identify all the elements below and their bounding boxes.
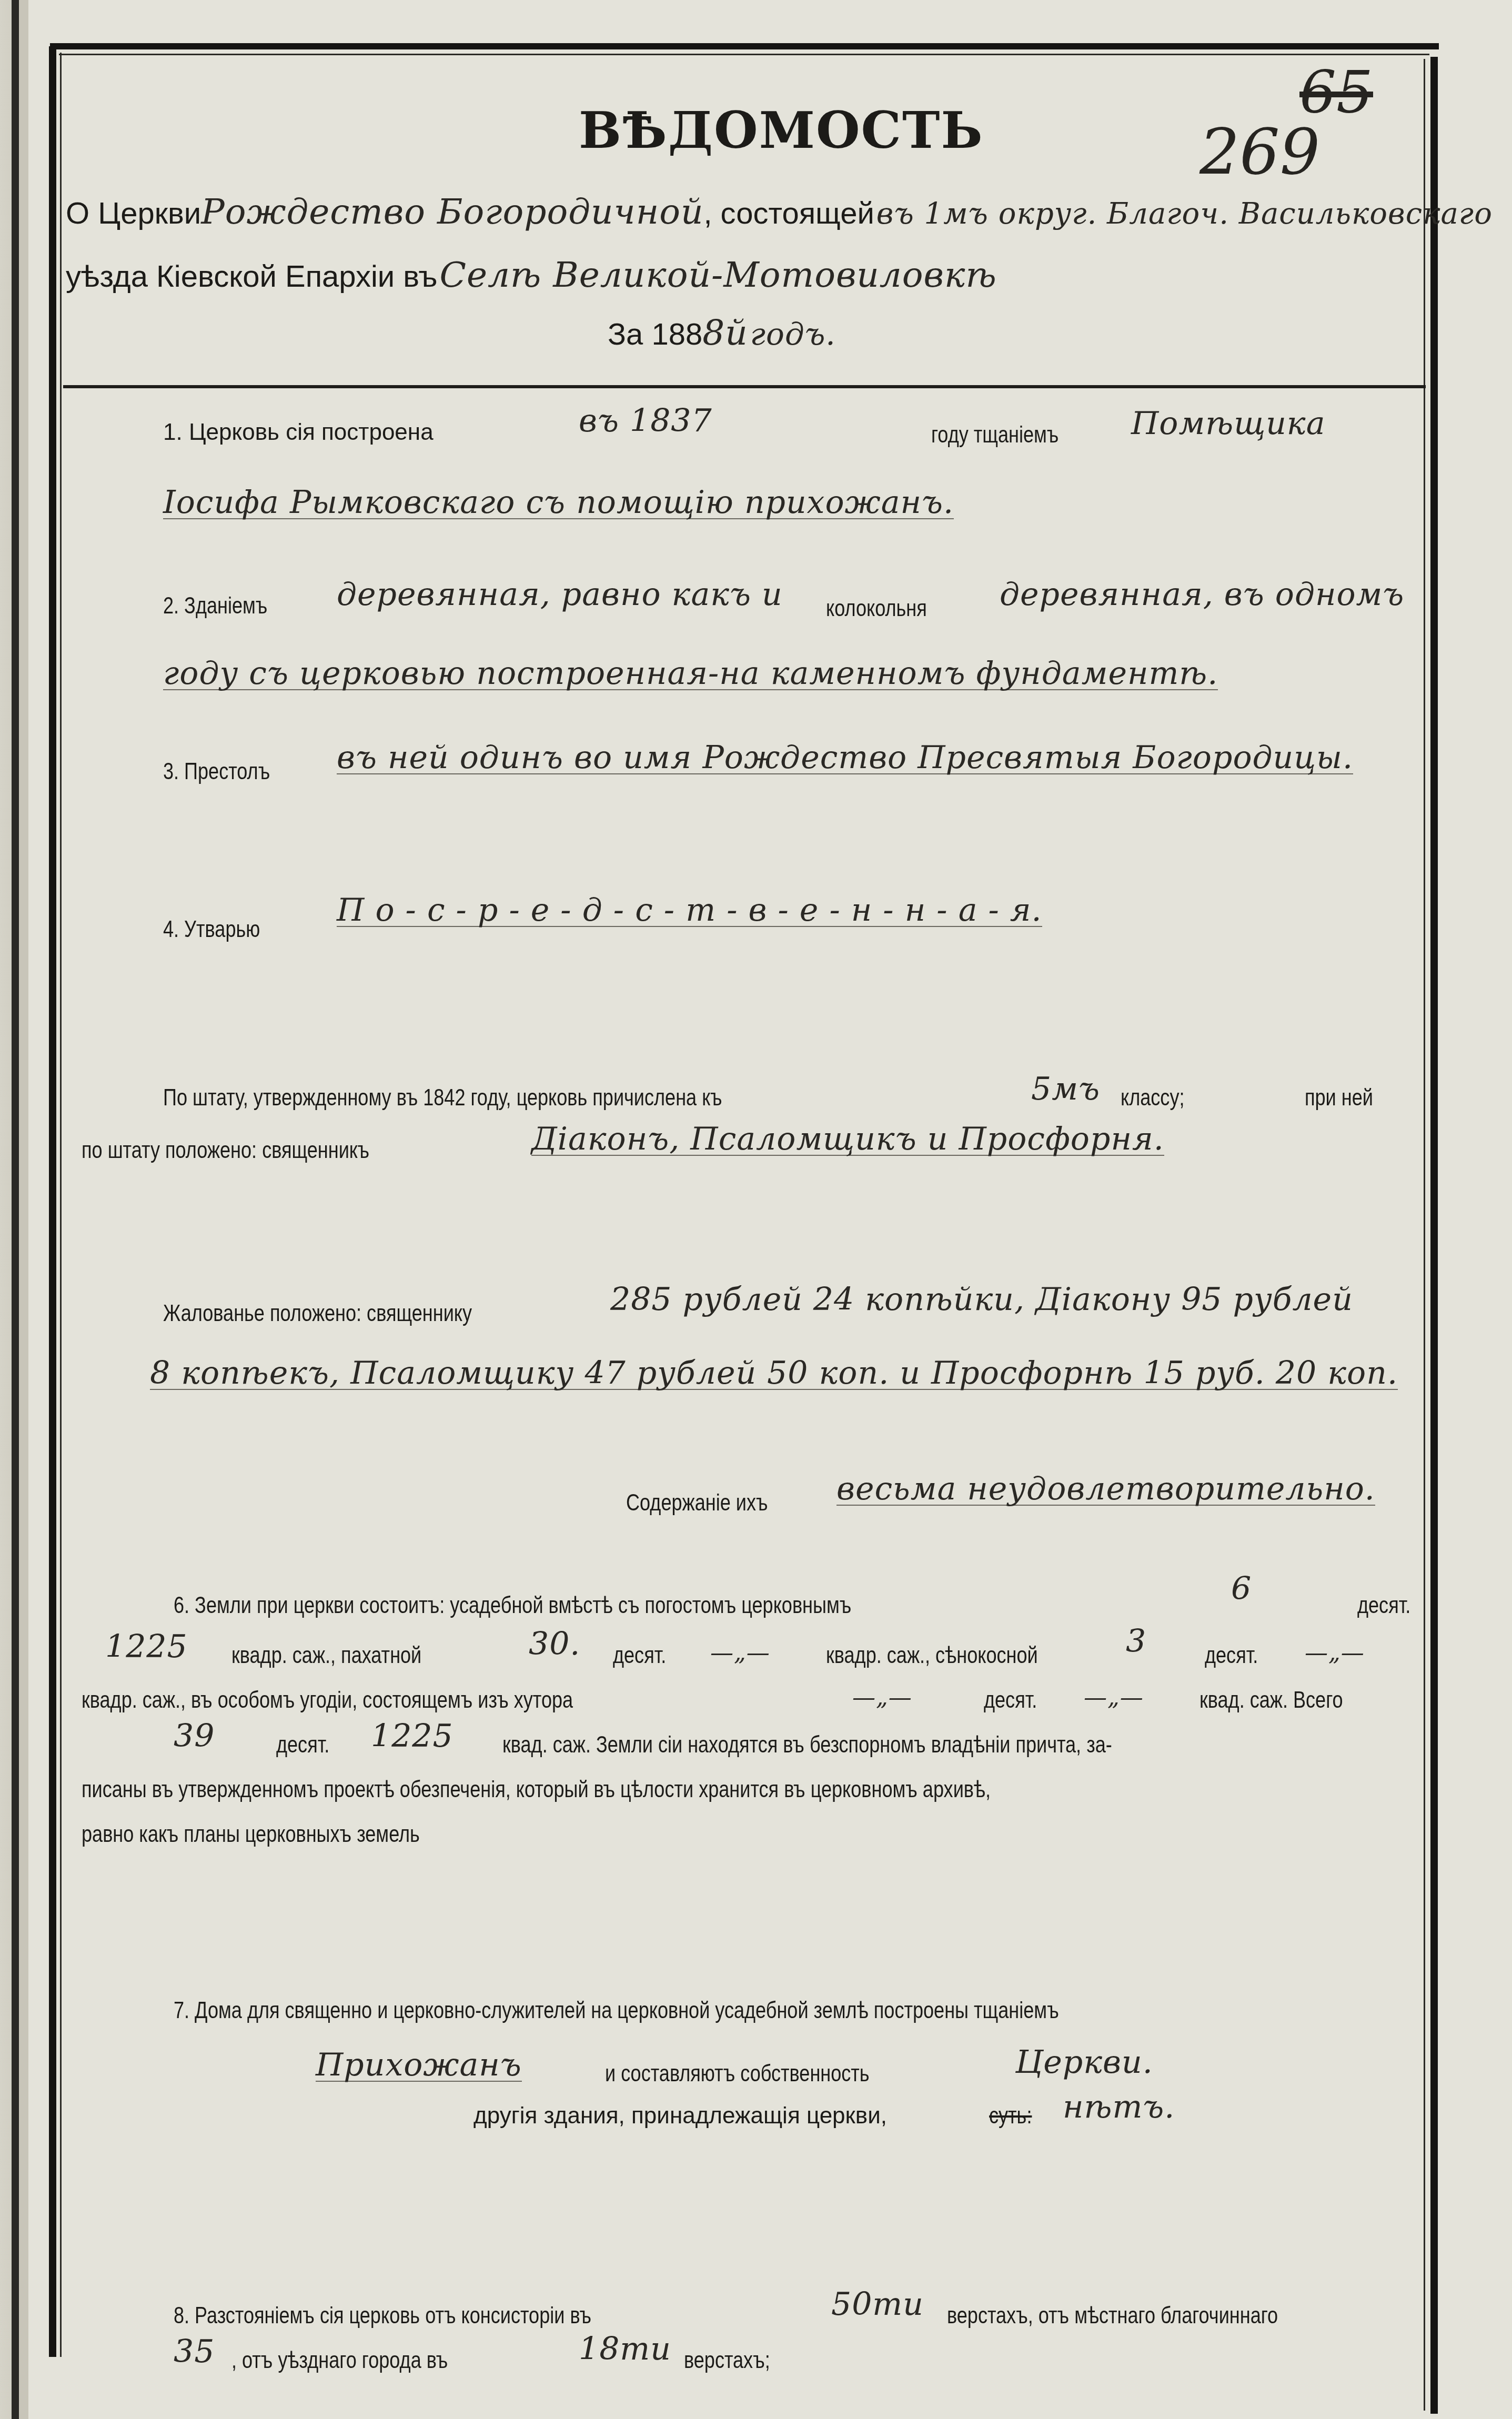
altar-value: въ ней одинъ во имя Рождество Пресвятыя … — [337, 742, 1353, 774]
salary-line2: 8 копѣекъ, Псаломщику 47 рублей 50 коп. … — [150, 1357, 1398, 1390]
church-class: 5мъ — [1031, 1073, 1100, 1105]
frame-border-right-thin — [1424, 59, 1425, 2411]
section-8-label: 8. Разстояніемъ сія церковь отъ консисто… — [174, 2304, 591, 2327]
building-details: году съ церковью построенная-на каменном… — [163, 658, 1218, 690]
staff-members: Діаконъ, Псаломщикъ и Просфорня. — [531, 1123, 1164, 1156]
church-name: Рождество Богородичной — [201, 191, 703, 232]
distance-dean: 35 — [174, 2336, 215, 2367]
total-sq-sazhens: 1225 — [371, 1720, 453, 1752]
houses-owner: Церкви. — [1015, 2047, 1153, 2078]
section-6-des-unit: десят. — [1357, 1594, 1410, 1617]
church-location: въ 1мъ округ. Благоч. Васильковскаго — [876, 197, 1493, 231]
header-year-prefix: За 188 — [608, 317, 702, 351]
section-6-line3-c: квад. саж. Всего — [1199, 1689, 1343, 1712]
building-material: деревянная, равно какъ и — [337, 579, 783, 610]
salary-label: Жалованье положено: священнику — [163, 1302, 472, 1325]
section-7-label: 7. Дома для священно и церковно-служител… — [174, 1999, 1059, 2022]
archive-number: 269 — [1199, 121, 1320, 184]
section-1-mid: году тщаніемъ — [931, 424, 1059, 447]
other-buildings-label: другія здания, принадлежащія церкви, — [473, 2103, 887, 2129]
upkeep-label: Содержаніе ихъ — [626, 1491, 768, 1515]
arable-sq-blank: —„— — [710, 1641, 770, 1665]
section-6-line5: писаны въ утвержденномъ проектѣ обезпече… — [82, 1778, 991, 1801]
farmstead-des-blank: —„— — [852, 1686, 912, 1709]
salary-line1: 285 рублей 24 копѣйки, Діакону 95 рублей — [610, 1284, 1353, 1315]
bell-tower-material: деревянная, въ одномъ — [1000, 579, 1404, 610]
utensils-value: П о - с - р - е - д - с - т - в - е - н … — [337, 894, 1042, 927]
section-6-line2-d: десят. — [1205, 1644, 1258, 1667]
upkeep-value: весьма неудовлетворительно. — [836, 1473, 1375, 1506]
church-builder-title: Помѣщика — [1131, 408, 1325, 439]
section-6-line4-b: квад. саж. Земли сіи находятся въ безспо… — [502, 1733, 1112, 1757]
header-year-label: годъ. — [750, 316, 836, 352]
section-1-line1: 1. Церковь сія построена — [163, 421, 434, 444]
section-6-line3-b: десят. — [984, 1689, 1037, 1712]
distance-consistory: 50ти — [831, 2289, 924, 2320]
section-8-mid2: , отъ уѣзднаго города въ — [231, 2349, 448, 2372]
staff-line1-suffix: при ней — [1305, 1086, 1373, 1110]
header-district-prefix: уѣзда Кіевской Епархіи въ — [66, 259, 437, 294]
staff-line2-prefix: по штату положено: священникъ — [82, 1139, 369, 1162]
section-7-mid: и составляютъ собственность — [605, 2062, 870, 2085]
archive-number-crossed: 65 — [1299, 63, 1373, 121]
section-6-line3-a: квадр. саж., въ особомъ угодіи, состояще… — [82, 1689, 573, 1712]
header-line-district: уѣзда Кіевской Епархіи въ Селѣ Великой-М… — [66, 258, 997, 293]
section-6-line2-c: квадр. саж., сѣнокосной — [826, 1644, 1038, 1667]
section-8-mid: верстахъ, отъ мѣстнаго благочиннаго — [947, 2304, 1278, 2327]
header-church-prefix: О Церкви — [66, 196, 201, 230]
staff-line1-mid: классу; — [1121, 1086, 1184, 1110]
houses-builders: Прихожанъ — [316, 2049, 522, 2082]
header-divider — [63, 385, 1426, 388]
frame-border-left-thin — [60, 53, 62, 2357]
church-builder-name: Іосифа Рымковскаго съ помощію прихожанъ. — [163, 487, 954, 519]
section-6-line2-a: квадр. саж., пахатной — [231, 1644, 421, 1667]
frame-border-top — [50, 43, 1439, 49]
distance-town: 18ти — [579, 2333, 671, 2365]
page-title: ВѢДОМОСТЬ — [579, 105, 984, 156]
section-6-line4-a: десят. — [276, 1733, 329, 1757]
other-buildings-value: нѣтъ. — [1063, 2091, 1175, 2123]
village-name: Селѣ Великой-Мотовиловкѣ — [439, 255, 996, 295]
estate-desyatins: 6 — [1231, 1573, 1252, 1605]
bell-tower-label: колокольня — [826, 597, 927, 620]
header-church-mid: , состоящей — [703, 196, 874, 230]
header-year-suffix: 8й — [702, 313, 748, 353]
section-6-line2-b: десят. — [613, 1644, 666, 1667]
farmstead-sq-blank: —„— — [1084, 1686, 1144, 1709]
frame-border-left — [49, 46, 56, 2357]
frame-border-right — [1430, 57, 1438, 2414]
section-2-label: 2. Зданіемъ — [163, 594, 267, 618]
section-8-suffix: верстахъ; — [684, 2349, 770, 2372]
church-build-year: въ 1837 — [579, 405, 712, 437]
frame-border-top-thin — [59, 54, 1429, 55]
section-6-line6: равно какъ планы церковныхъ земель — [82, 1823, 420, 1846]
arable-desyatins: 30. — [529, 1628, 580, 1660]
page-edge-inner — [19, 0, 28, 2419]
section-3-label: 3. Престолъ — [163, 760, 270, 783]
section-4-label: 4. Утварью — [163, 918, 260, 941]
other-buildings-crossed: суть: — [989, 2104, 1032, 2128]
staff-line1-prefix: По штату, утвержденному въ 1842 году, це… — [163, 1086, 722, 1110]
section-1-label: 1. Церковь сія построена — [163, 419, 434, 445]
page-edge — [12, 0, 19, 2419]
total-desyatins: 39 — [174, 1720, 215, 1752]
hayfield-sq-blank: —„— — [1305, 1641, 1365, 1665]
section-6-label: 6. Земли при церкви состоитъ: усадебной … — [174, 1594, 851, 1617]
other-buildings-line: другія здания, принадлежащія церкви, — [473, 2104, 887, 2128]
header-line-year: За 1888й годъ. — [608, 316, 836, 350]
estate-sq-sazhens: 1225 — [105, 1631, 188, 1662]
hayfield-desyatins: 3 — [1126, 1626, 1146, 1657]
header-line-church: О ЦерквиРождество Богородичной, состояще… — [66, 195, 1493, 229]
